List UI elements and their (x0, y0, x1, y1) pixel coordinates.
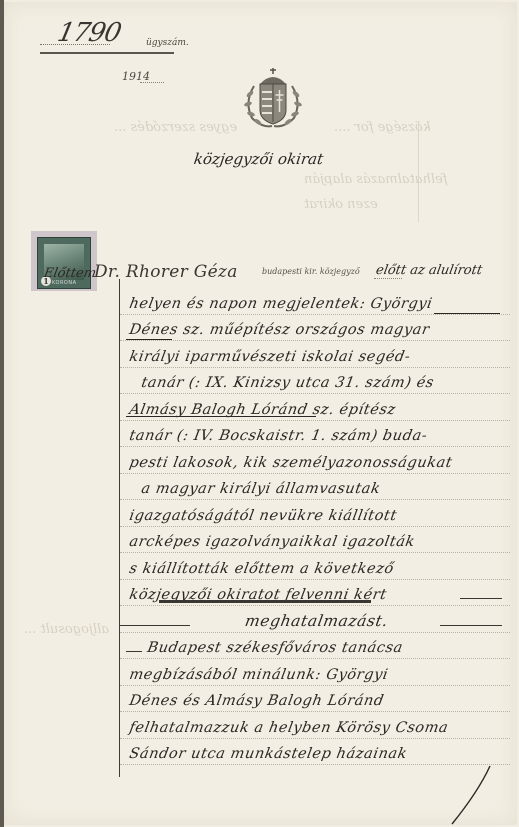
body-line-heading: meghatalmazást. (120, 606, 510, 633)
line-filler-dash (126, 651, 142, 652)
name-underline (126, 416, 316, 417)
heading-underline (159, 600, 371, 603)
body-line: pesti lakosok, kik személyazonosságukat (120, 447, 510, 474)
name-underline (126, 339, 172, 340)
year-dotted-line (140, 82, 164, 83)
bleed-through-text: alljogosult ... (24, 622, 109, 637)
body-line: igazgatóságától nevükre kiállított (120, 500, 510, 527)
registry-number: 1790 (55, 18, 124, 48)
body-line-text: Budapest székesfőváros tanácsa (146, 640, 404, 656)
registry-rule (40, 52, 174, 54)
printed-notary-name: Dr. Rhorer Géza (94, 262, 238, 282)
registry-number-block: 1790 ügyszám. 1914 (40, 16, 175, 56)
document-body: helyen és napon megjelentek: Györgyi Dén… (120, 288, 510, 765)
opening-handwritten-prefix: Előttem (43, 266, 98, 281)
body-line-text: s kiállították előttem a következő (128, 561, 395, 577)
bleed-through-text: ezen okirat (304, 197, 378, 212)
body-line: megbízásából minálunk: Györgyi (120, 659, 510, 686)
body-line: tanár (: IV. Bocskaistr. 1. szám) buda- (120, 421, 510, 448)
body-line: Dénes sz. műépítész országos magyar (120, 315, 510, 342)
body-line: tanár (: IX. Kinizsy utca 31. szám) és (120, 368, 510, 395)
body-line-text: Sándor utca munkástelep házainak (128, 746, 409, 762)
bleed-through-text: egyes szerződés ... (114, 120, 237, 135)
notary-dotted-line (374, 278, 402, 279)
section-heading: meghatalmazást. (120, 612, 513, 630)
document-title: közjegyzői okirat (193, 150, 325, 168)
body-line-text: helyen és napon megjelentek: Györgyi (128, 296, 434, 312)
body-line-text: pesti lakosok, kik személyazonosságukat (128, 455, 454, 471)
body-line-text: Dénes és Almásy Balogh Lóránd (128, 693, 385, 709)
body-line: helyen és napon megjelentek: Györgyi (120, 288, 510, 315)
revenue-stamp-icon: 1 KORONA (31, 231, 97, 291)
printed-notary-title: budapesti kir. közjegyző (262, 267, 360, 276)
line-filler-dash (460, 598, 502, 599)
name-underline (434, 313, 500, 314)
bleed-through-rule (418, 122, 419, 222)
registry-label: ügyszám. (146, 38, 189, 48)
body-line: Dénes és Almásy Balogh Lóránd (120, 686, 510, 713)
line-filler-dash (440, 625, 502, 626)
body-line-text: tanár (: IV. Bocskaistr. 1. szám) buda- (128, 428, 429, 444)
body-line-text: a magyar királyi államvasutak (140, 481, 382, 497)
opening-handwritten-continuation: előtt az alulírott (375, 263, 484, 278)
body-line-text: arcképes igazolványaikkal igazolták (128, 534, 416, 550)
body-line: a magyar királyi államvasutak (120, 474, 510, 501)
body-line-text: felhatalmazzuk a helyben Körösy Csoma (128, 720, 450, 736)
body-line: Budapest székesfőváros tanácsa (120, 633, 510, 660)
bleed-through-text: községe for .... (334, 120, 431, 135)
body-line: királyi iparművészeti iskolai segéd- (120, 341, 510, 368)
body-line-text: megbízásából minálunk: Györgyi (128, 667, 390, 683)
body-line-text: tanár (: IX. Kinizsy utca 31. szám) és (140, 375, 435, 391)
body-line: felhatalmazzuk a helyben Körösy Csoma (120, 712, 510, 739)
body-line-text: Dénes sz. műépítész országos magyar (128, 322, 431, 338)
body-line-text: királyi iparművészeti iskolai segéd- (128, 349, 412, 365)
body-line: arcképes igazolványaikkal igazolták (120, 527, 510, 554)
body-line: s kiállították előttem a következő (120, 553, 510, 580)
notary-opening-line: Előttem Dr. Rhorer Géza budapesti kir. k… (44, 262, 504, 282)
body-line-text: igazgatóságától nevükre kiállított (128, 508, 398, 524)
bleed-through-text: felhatalmazás alapján (304, 172, 448, 187)
closing-slash-icon (444, 762, 504, 827)
document-page: egyes szerződés ... községe for .... fel… (4, 2, 517, 825)
hungarian-coat-of-arms-icon (238, 66, 308, 130)
